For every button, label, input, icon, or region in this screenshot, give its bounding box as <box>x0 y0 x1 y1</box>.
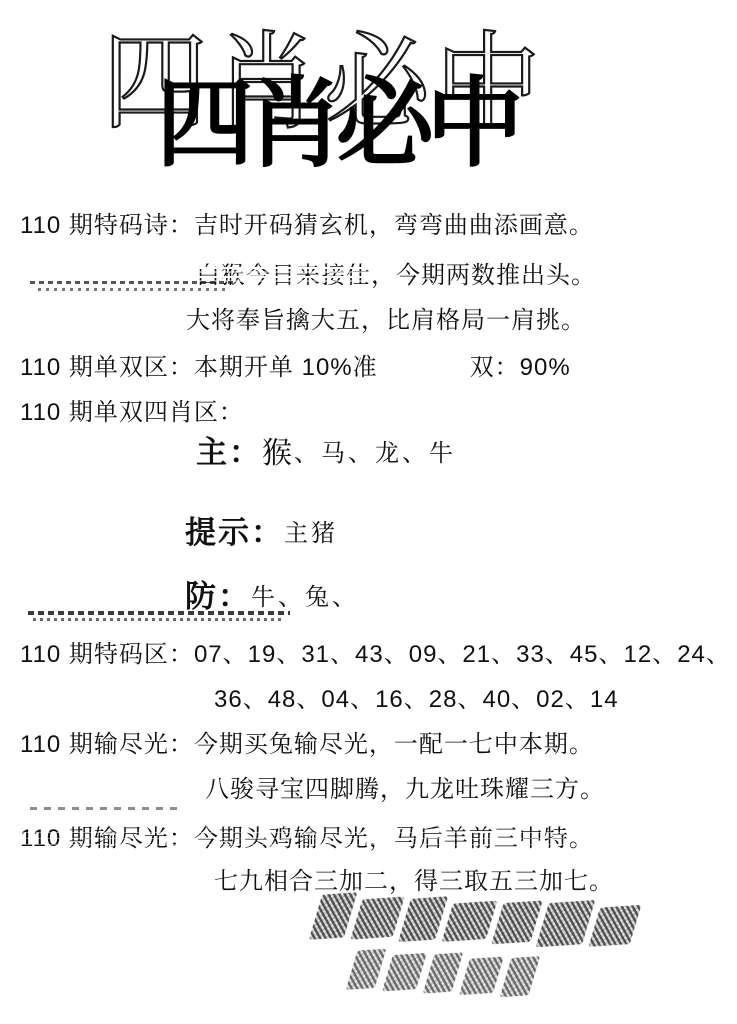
shujinguang1-label: 110 期输尽光： <box>20 731 194 758</box>
tema-line-1: 110 期特码区：07、19、31、43、09、21、33、45、12、24、 <box>20 640 731 670</box>
poem-verse-3: 大将奉旨擒大五，比肩格局一肩挑。 <box>186 307 586 334</box>
erased-text-smudge-3 <box>30 805 182 814</box>
poem-label: 110 期特码诗： <box>20 212 194 239</box>
poem-verse-2-rest: ，今期两数推出头。 <box>371 262 596 289</box>
dan-shuang-line: 110 期单双区：本期开单 10%准双：90% <box>20 353 571 383</box>
main-label: 主： <box>196 435 262 470</box>
stamp-glyph-blob <box>442 901 498 942</box>
shuang-value: 双：90% <box>470 354 571 381</box>
tema-numbers-1: 07、19、31、43、09、21、33、45、12、24、 <box>194 641 731 668</box>
poem-line-1: 110 期特码诗：吉时开码猜玄机，弯弯曲曲添画意。 <box>20 211 594 241</box>
stamp-glyph-blob <box>350 896 404 939</box>
sixiao-main-line: 主：猴、马、龙、牛 <box>196 434 456 473</box>
tema-numbers-2: 36、48、04、16、28、40、02、14 <box>214 686 619 713</box>
hint-label: 提示： <box>185 515 284 550</box>
illegible-stamp-row-1 <box>315 892 635 949</box>
main-zodiac-rest: 、马、龙、牛 <box>294 440 456 467</box>
stamp-glyph-blob <box>423 952 464 993</box>
sixiao-label: 110 期单双四肖区： <box>20 399 244 426</box>
guard-label: 防： <box>185 579 251 614</box>
shujinguang1-verse-1: 今期买兔输尽光，一配一七中本期。 <box>194 731 594 758</box>
shujinguang1-line-2: 八骏寻宝四脚腾，九龙吐珠耀三方。 <box>205 775 605 805</box>
guard-value: 牛、兔、 <box>251 584 359 611</box>
shujinguang2-label: 110 期输尽光： <box>20 825 194 852</box>
main-zodiac-first: 猴 <box>262 437 294 470</box>
stamp-glyph-blob <box>346 949 387 990</box>
shujinguang2-line-1: 110 期输尽光：今期头鸡输尽光，马后羊前三中特。 <box>20 824 594 854</box>
illegible-stamp-row-2 <box>351 949 534 997</box>
shujinguang1-line-1: 110 期输尽光：今期买兔输尽光，一配一七中本期。 <box>20 730 594 760</box>
poem-line-3: 大将奉旨擒大五，比肩格局一肩挑。 <box>186 306 586 336</box>
erased-text-smudge-2 <box>28 610 290 623</box>
stamp-glyph-blob <box>309 892 358 940</box>
title-solid-text: 四肖必中 <box>156 74 516 172</box>
tema-label: 110 期特码区： <box>20 641 194 668</box>
lottery-tip-sheet: 四肖必中 四肖必中 110 期特码诗：吉时开码猜玄机，弯弯曲曲添画意。 白猴今日… <box>0 0 737 1024</box>
hint-value: 主猪 <box>284 520 338 547</box>
stamp-glyph-blob <box>536 900 596 947</box>
dan-value: 本期开单 10%准 <box>194 354 378 381</box>
shujinguang2-verse-2: 七九相合三加二，得三取五三加七。 <box>214 868 614 895</box>
shujinguang2-verse-1: 今期头鸡输尽光，马后羊前三中特。 <box>194 825 594 852</box>
sixiao-header: 110 期单双四肖区： <box>20 398 244 428</box>
poem-line-2: 白猴今日来接仕，今期两数推出头。 <box>196 261 596 291</box>
poem-verse-1: 吉时开码猜玄机，弯弯曲曲添画意。 <box>194 212 594 239</box>
shujinguang2-line-2: 七九相合三加二，得三取五三加七。 <box>214 867 614 897</box>
stamp-glyph-blob <box>491 900 543 944</box>
poem-verse-2-eroded: 白猴今日来接仕 <box>196 262 371 289</box>
shujinguang1-verse-2: 八骏寻宝四脚腾，九龙吐珠耀三方。 <box>205 776 605 803</box>
stamp-glyph-blob <box>588 905 641 947</box>
stamp-glyph-blob <box>500 956 541 997</box>
stamp-glyph-blob <box>459 956 504 995</box>
tema-line-2: 36、48、04、16、28、40、02、14 <box>214 685 619 715</box>
stamp-glyph-blob <box>398 896 448 942</box>
stamp-glyph-blob <box>382 953 427 992</box>
dan-shuang-label: 110 期单双区： <box>20 354 194 381</box>
hint-line: 提示：主猪 <box>185 514 338 553</box>
